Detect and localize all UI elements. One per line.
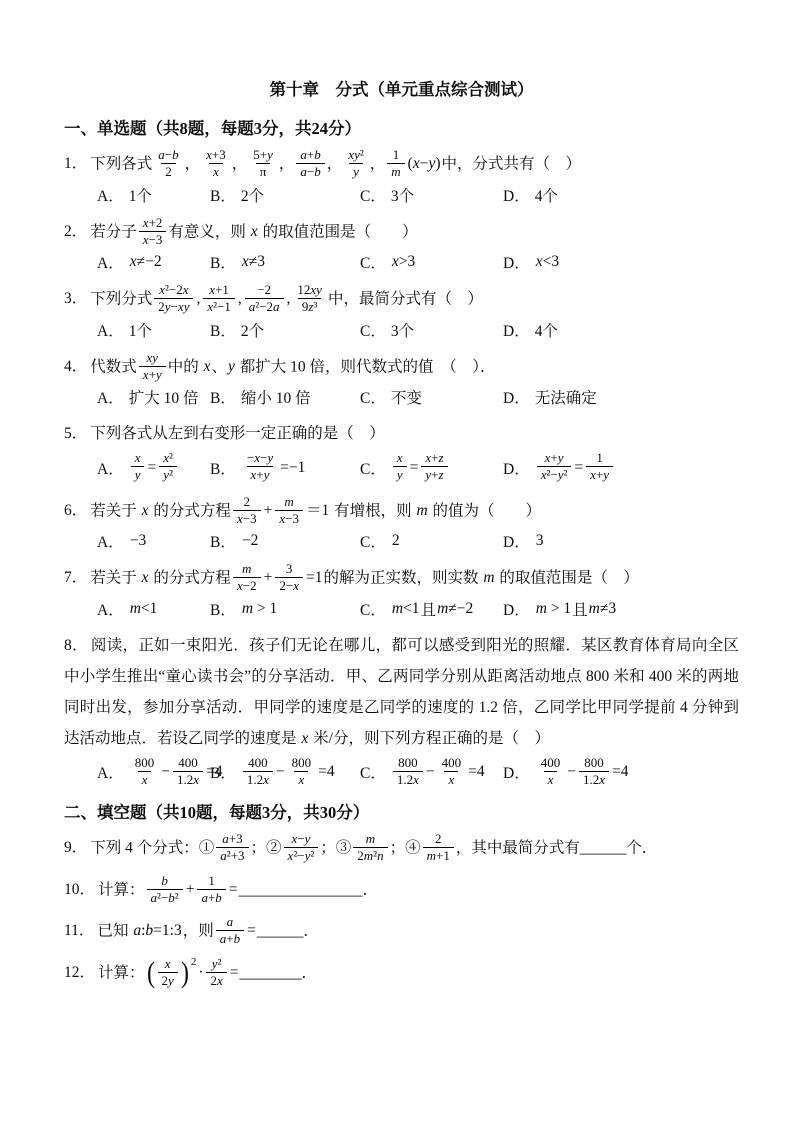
section-2-questions: 9．下列 4 个分式：①a+3a²+3；②x−yx²−y²；③m2m²n；④2m…	[64, 832, 739, 990]
option-B: B．4001.2x−800x=4	[210, 756, 360, 790]
question-body: 4．代数式xyx+y中的 x、y 都扩大 10 倍，则代数式的值 （ ）．	[64, 351, 739, 385]
question-number: 7．	[64, 569, 87, 586]
math-text: a²+3	[220, 848, 244, 863]
text: 有增根，则	[330, 502, 415, 519]
math-text: m	[483, 569, 494, 586]
fraction: 12xy9z³	[293, 282, 326, 316]
text: 2个	[241, 184, 264, 206]
option-label: D．	[503, 457, 530, 479]
fraction-denominator: 1.2x	[579, 771, 609, 788]
text: 有意义，则	[168, 223, 249, 240]
question-body: 10．计算：ba²−b²+1a+b=________________．	[64, 874, 739, 908]
option-label: D．	[503, 761, 530, 783]
fraction-denominator: 2x	[206, 972, 226, 989]
text: 、	[211, 358, 227, 375]
fraction-denominator: x−3	[139, 231, 167, 248]
math-text: +	[264, 569, 273, 586]
math-text: 12xy	[297, 282, 322, 297]
text: 计算：	[98, 881, 145, 898]
option-label: D．	[503, 319, 530, 341]
option-label: B．	[210, 251, 236, 273]
text: ，	[370, 155, 386, 172]
question-number: 11．	[64, 922, 94, 939]
math-text: =	[147, 459, 156, 477]
option-label: A．	[97, 457, 124, 479]
math-text: y²	[212, 956, 222, 971]
options-row: A．800x−4001.2x=4B．4001.2x−800x=4C．8001.2…	[97, 756, 739, 790]
math-text: =4	[468, 763, 485, 781]
option-label: C．	[360, 530, 386, 552]
document-page: 第十章 分式（单元重点综合测试） 一、单选题（共8题，每题3分，共24分） 1．…	[0, 0, 793, 1122]
math-text: x>3	[392, 253, 415, 271]
math-text: x	[298, 772, 304, 787]
fraction: xy	[131, 450, 145, 484]
option-label: B．	[210, 184, 236, 206]
fraction: 8001.2x	[579, 755, 609, 789]
option-A: A．1个	[97, 319, 210, 341]
fraction-denominator: 1.2x	[173, 771, 203, 788]
math-text: m	[391, 164, 400, 179]
option-D: D．无法确定	[503, 386, 739, 408]
question-body: 5．下列各式从左到右变形一定正确的是（ ）	[64, 418, 739, 449]
option-label: D．	[503, 598, 530, 620]
math-text: x−3	[237, 511, 257, 526]
option-label: B．	[210, 386, 236, 408]
fraction: x+1x²−1	[203, 282, 235, 316]
fraction-numerator: 3	[282, 561, 297, 577]
fraction-denominator: m	[387, 163, 404, 180]
math-text: x−2	[237, 578, 257, 593]
text: 1个	[129, 319, 152, 341]
question-number: 2．	[64, 223, 87, 240]
fraction: 2m+1	[423, 831, 454, 865]
option-label: C．	[360, 386, 386, 408]
text: 米/分，则下列方程正确的是（ ）	[309, 730, 550, 747]
option-D: D．4个	[503, 319, 739, 341]
option-A: A．m<1	[97, 598, 210, 620]
option-label: C．	[360, 184, 386, 206]
text: 且	[421, 598, 437, 620]
math-text: y	[397, 467, 403, 482]
right-paren: )	[181, 958, 189, 988]
fraction-numerator: 1	[592, 450, 607, 466]
fraction-numerator: x+1	[205, 282, 233, 298]
math-text: x	[251, 223, 258, 240]
math-text: =	[229, 881, 238, 898]
option-C: C．xy=x+zy+z	[360, 451, 503, 485]
text: 无法确定	[535, 386, 597, 408]
fraction-denominator: 9z³	[298, 298, 321, 315]
math-text: x	[165, 956, 171, 971]
math-text: a+3	[222, 831, 242, 846]
math-text: ＝1	[306, 502, 329, 519]
text: ________．	[240, 964, 318, 981]
math-text: =	[230, 964, 239, 981]
option-B: B．m > 1	[210, 598, 360, 620]
math-text: x≠3	[242, 253, 265, 271]
math-text: =4	[612, 763, 629, 781]
math-text: 2y−xy	[158, 299, 189, 314]
math-text: −2	[242, 532, 259, 550]
option-A: A．x≠−2	[97, 251, 210, 273]
math-text: x+y	[251, 467, 270, 482]
math-text: y	[228, 358, 235, 375]
fraction-denominator: y	[131, 466, 145, 483]
option-label: D．	[503, 184, 530, 206]
question-8: 8．阅读，正如一束阳光．孩子们无论在哪儿，都可以感受到阳光的照耀．某区教育体育局…	[64, 630, 739, 790]
option-label: C．	[360, 598, 386, 620]
math-text: 800	[292, 755, 312, 770]
fraction: a+ba−b	[296, 147, 324, 181]
fraction-denominator: x−3	[275, 510, 303, 527]
option-label: A．	[97, 386, 124, 408]
math-text: −3	[130, 532, 147, 550]
math-text: x	[135, 450, 141, 465]
math-text: (x−y)	[408, 155, 441, 172]
option-B: B．缩小 10 倍	[210, 386, 360, 408]
option-D: D．m > 1且m≠3	[503, 598, 739, 620]
text: ，其中最简分式有______个．	[456, 839, 658, 856]
math-text: a²−b²	[151, 890, 179, 905]
question-body: 2．若分子x+2x−3有意义，则 x 的取值范围是（ ）	[64, 216, 739, 250]
text: 不变	[391, 386, 422, 408]
question-11: 11．已知 a:b=1:3，则aa+b=______．	[64, 915, 739, 949]
math-text: 2	[435, 831, 442, 846]
math-text: x²−2x	[159, 282, 188, 297]
fraction: mx−2	[233, 561, 261, 595]
fraction-numerator: a+b	[296, 147, 324, 163]
math-text: 2m²n	[357, 848, 383, 863]
fraction: 5+yπ	[249, 147, 277, 181]
math-text: a−b	[158, 147, 178, 162]
math-text: 3	[286, 561, 293, 576]
question-body: 9．下列 4 个分式：①a+3a²+3；②x−yx²−y²；③m2m²n；④2m…	[64, 832, 739, 866]
option-label: A．	[97, 184, 124, 206]
question-body: 6．若关于 x 的分式方程2x−3+mx−3＝1 有增根，则 m 的值为（ ）	[64, 495, 739, 529]
option-B: B．−2	[210, 530, 360, 552]
option-C: C．2	[360, 530, 503, 552]
fraction-numerator: 800	[580, 755, 608, 771]
math-text: x+y	[545, 450, 564, 465]
fraction-numerator: x	[131, 450, 145, 466]
page-title: 第十章 分式（单元重点综合测试）	[64, 76, 739, 100]
question-number: 10．	[64, 881, 95, 898]
section-1-questions: 1．下列各式a−b2，x+3x，5+yπ，a+ba−b，xy²y，1m(x−y)…	[64, 148, 739, 789]
text: 计算：	[98, 964, 145, 981]
fraction: xy	[393, 450, 407, 484]
fraction-numerator: y²	[208, 956, 226, 972]
question-number: 12．	[64, 964, 95, 981]
text: ______．	[257, 922, 319, 939]
math-text: 2−x	[279, 578, 299, 593]
option-label: D．	[503, 530, 530, 552]
text: ；③	[320, 839, 351, 856]
math-text: a−b	[300, 164, 320, 179]
math-text: x<3	[536, 253, 559, 271]
option-label: B．	[210, 319, 236, 341]
text: 的解为正实数，则实数	[323, 569, 482, 586]
math-text: 400	[541, 755, 561, 770]
option-label: B．	[210, 457, 236, 479]
option-label: D．	[503, 251, 530, 273]
text: 3个	[391, 184, 414, 206]
math-text: 400	[178, 755, 198, 770]
fraction-numerator: b	[157, 873, 172, 889]
fraction-denominator: x	[294, 771, 308, 788]
question-9: 9．下列 4 个分式：①a+3a²+3；②x−yx²−y²；③m2m²n；④2m…	[64, 832, 739, 866]
fraction-numerator: 400	[244, 755, 272, 771]
option-C: C．m<1且m≠−2	[360, 598, 503, 620]
math-text: m > 1	[536, 600, 571, 618]
math-text: x	[448, 772, 454, 787]
fraction: x+yx²−y²	[537, 450, 572, 484]
math-text: x²−y²	[541, 467, 568, 482]
fraction-denominator: y	[349, 163, 363, 180]
text: 若关于	[90, 569, 140, 586]
math-text: x	[397, 450, 403, 465]
text: ，	[279, 155, 295, 172]
fraction-denominator: 2−x	[275, 577, 303, 594]
fraction-numerator: a+3	[218, 831, 246, 847]
math-text: −	[567, 763, 576, 781]
question-number: 8．	[64, 637, 88, 654]
text: 已知	[97, 922, 132, 939]
option-A: A．800x−4001.2x=4	[97, 756, 210, 790]
math-text: x≠−2	[130, 253, 162, 271]
question-number: 6．	[64, 502, 87, 519]
fraction-numerator: −2	[253, 282, 275, 298]
fraction-denominator: x²−1	[203, 298, 235, 315]
text: 若分子	[90, 223, 137, 240]
options-row: A．xy=x²y²B．−x−yx+y=−1C．xy=x+zy+zD．x+yx²−…	[97, 451, 739, 485]
fraction-numerator: −x−y	[243, 450, 277, 466]
fraction: 800x	[288, 755, 316, 789]
fraction-numerator: m	[280, 494, 297, 510]
fraction-denominator: 2m²n	[353, 847, 387, 864]
text: 3个	[391, 319, 414, 341]
option-C: C．x>3	[360, 251, 503, 273]
math-text: m	[242, 561, 251, 576]
math-text: x−3	[279, 511, 299, 526]
option-D: D．3	[503, 530, 739, 552]
math-text: 1	[393, 147, 400, 162]
fraction-denominator: 2y	[158, 972, 178, 989]
options-row: A．x≠−2B．x≠3C．x>3D．x<3	[97, 251, 739, 273]
fraction-denominator: x+y	[139, 366, 166, 383]
fraction: 32−x	[275, 561, 303, 595]
math-text: 9z³	[302, 299, 317, 314]
math-text: x+y	[143, 367, 162, 382]
math-text: −x−y	[247, 450, 273, 465]
math-text: a²−2a	[249, 299, 280, 314]
text: 的取值范围是（ ）	[259, 223, 418, 240]
fraction: x+3x	[202, 147, 230, 181]
math-text: m≠−2	[437, 600, 473, 618]
math-text: xy²	[348, 147, 363, 162]
text: 且	[572, 598, 588, 620]
fraction-numerator: 400	[438, 755, 466, 771]
text: 中，分式共有（ ）	[442, 155, 582, 172]
text: ，则	[183, 922, 214, 939]
fraction-numerator: 2	[240, 494, 255, 510]
text: 的值为（ ）	[429, 502, 541, 519]
math-text: =4	[318, 763, 335, 781]
question-4: 4．代数式xyx+y中的 x、y 都扩大 10 倍，则代数式的值 （ ）．A．扩…	[64, 351, 739, 409]
fraction: xy²y	[344, 147, 367, 181]
math-text: y²	[163, 467, 173, 482]
option-A: A．1个	[97, 184, 210, 206]
fraction: 4001.2x	[243, 755, 273, 789]
section-1-heading: 一、单选题（共8题，每题3分，共24分）	[64, 115, 739, 139]
question-1: 1．下列各式a−b2，x+3x，5+yπ，a+ba−b，xy²y，1m(x−y)…	[64, 148, 739, 206]
text: 的取值范围是（ ）	[496, 569, 639, 586]
option-B: B．2个	[210, 319, 360, 341]
option-C: C．3个	[360, 184, 503, 206]
question-number: 3．	[64, 290, 87, 307]
text: ；②	[251, 839, 282, 856]
math-text: m+1	[427, 848, 450, 863]
math-text: a:b=1:3	[133, 922, 181, 939]
math-text: 400	[248, 755, 268, 770]
math-text: x²−y²	[288, 848, 315, 863]
math-text: a	[227, 914, 234, 929]
section-2-heading: 二、填空题（共10题，每题3分，共30分）	[64, 799, 739, 823]
fraction-denominator: a+b	[197, 889, 225, 906]
fraction: x²y²	[159, 450, 177, 484]
question-body: 8．阅读，正如一束阳光．孩子们无论在哪儿，都可以感受到阳光的照耀．某区教育体育局…	[64, 630, 739, 754]
question-body: 3．下列分式x²−2x2y−xy,x+1x²−1,−2a²−2a,12xy9z³…	[64, 283, 739, 317]
option-A: A．−3	[97, 530, 210, 552]
math-text: x−y	[291, 831, 310, 846]
math-text: m > 1	[242, 600, 277, 618]
fraction-numerator: 400	[174, 755, 202, 771]
options-row: A．1个B．2个C．3个D．4个	[97, 319, 739, 341]
math-text: −	[426, 763, 435, 781]
option-A: A．xy=x²y²	[97, 451, 210, 485]
math-text: ·	[198, 964, 203, 981]
option-C: C．3个	[360, 319, 503, 341]
math-text: a+b	[220, 931, 240, 946]
fraction-denominator: x	[444, 771, 458, 788]
fraction-numerator: 800	[394, 755, 422, 771]
question-3: 3．下列分式x²−2x2y−xy,x+1x²−1,−2a²−2a,12xy9z³…	[64, 283, 739, 341]
fraction-denominator: m+1	[423, 847, 454, 864]
math-text: x²−1	[207, 299, 231, 314]
option-label: B．	[210, 761, 236, 783]
math-text: x+1	[209, 282, 229, 297]
fraction-numerator: xy	[142, 350, 162, 366]
option-D: D．x<3	[503, 251, 739, 273]
parenthesized-power: (x2y)2	[146, 957, 197, 991]
math-text: m<1	[130, 600, 158, 618]
option-label: B．	[210, 598, 236, 620]
fraction: −2a²−2a	[245, 282, 284, 316]
fraction-numerator: a−b	[154, 147, 182, 163]
question-number: 1．	[64, 155, 87, 172]
math-text: 1.2x	[177, 772, 199, 787]
fraction: y²2x	[206, 956, 226, 990]
fraction-denominator: x	[544, 771, 558, 788]
fraction-denominator: x+y	[586, 466, 613, 483]
fraction-denominator: a²−b²	[147, 889, 183, 906]
text: 4个	[535, 319, 558, 341]
math-text: 1.2x	[583, 772, 605, 787]
math-text: m≠3	[589, 600, 616, 618]
fraction-numerator: m	[362, 831, 379, 847]
math-text: x+z	[425, 450, 443, 465]
math-text: 2	[392, 532, 400, 550]
text: 都扩大 10 倍，则代数式的值 （ ）．	[236, 358, 496, 375]
math-text: +	[264, 502, 273, 519]
math-text: 2y	[162, 973, 174, 988]
question-5: 5．下列各式从左到右变形一定正确的是（ ）A．xy=x²y²B．−x−yx+y=…	[64, 418, 739, 485]
fraction-numerator: 5+y	[249, 147, 277, 163]
math-text: x	[142, 569, 149, 586]
fraction-numerator: x+y	[541, 450, 568, 466]
question-number: 9．	[64, 839, 87, 856]
fraction-numerator: x	[393, 450, 407, 466]
fraction: a−b2	[154, 147, 182, 181]
math-text: =−1	[280, 459, 305, 477]
option-D: D．4个	[503, 184, 739, 206]
math-text: y	[353, 164, 359, 179]
math-text: a+b	[300, 147, 320, 162]
math-text: −	[276, 763, 285, 781]
math-text: m	[284, 494, 293, 509]
math-text: x+y	[590, 467, 609, 482]
fraction-numerator: x−y	[287, 831, 314, 847]
fraction-numerator: x²	[159, 450, 177, 466]
math-text: 1.2x	[397, 772, 419, 787]
fraction: x²−2x2y−xy	[154, 282, 193, 316]
fraction-numerator: 12xy	[293, 282, 326, 298]
fraction-denominator: 1.2x	[393, 771, 423, 788]
math-text: x	[301, 730, 308, 747]
math-text: 800	[135, 755, 155, 770]
fraction: x+2x−3	[139, 215, 167, 249]
math-text: x+2	[143, 215, 163, 230]
fraction-denominator: x	[209, 163, 223, 180]
math-text: =	[574, 459, 583, 477]
text: 下列分式	[90, 290, 152, 307]
text: 代数式	[90, 358, 137, 375]
math-text: 5+y	[253, 147, 273, 162]
math-text: x	[204, 358, 211, 375]
options-row: A．1个B．2个C．3个D．4个	[97, 184, 739, 206]
fraction: mx−3	[275, 494, 303, 528]
fraction: m2m²n	[353, 831, 387, 865]
option-D: D．400x−8001.2x=4	[503, 756, 739, 790]
text: ________________．	[239, 881, 379, 898]
math-text: =	[247, 922, 256, 939]
fraction-numerator: 800	[131, 755, 159, 771]
question-body: 11．已知 a:b=1:3，则aa+b=______．	[64, 915, 739, 949]
math-text: 2	[165, 164, 172, 179]
option-label: C．	[360, 761, 386, 783]
fraction: 800x	[131, 755, 159, 789]
fraction-denominator: y+z	[421, 466, 447, 483]
option-label: A．	[97, 251, 124, 273]
math-text: 400	[442, 755, 462, 770]
fraction-denominator: x−3	[233, 510, 261, 527]
fraction-denominator: x−2	[233, 577, 261, 594]
math-text: m	[416, 502, 427, 519]
fraction-denominator: y	[393, 466, 407, 483]
math-text: ,	[238, 290, 242, 307]
fraction-denominator: 2y−xy	[154, 298, 193, 315]
math-text: y	[135, 467, 141, 482]
math-text: 800	[398, 755, 418, 770]
